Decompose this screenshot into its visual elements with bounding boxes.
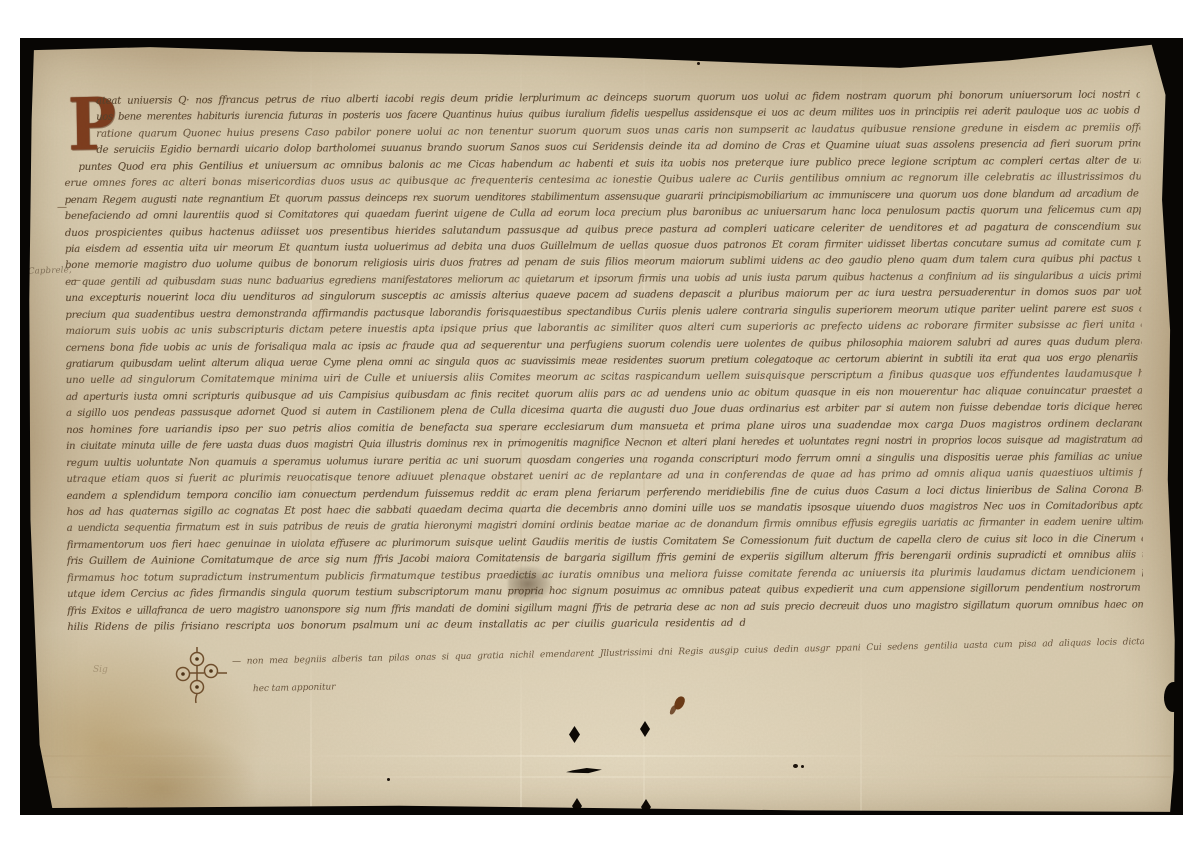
ink-speck (697, 62, 700, 65)
paragraph-dash: — (57, 202, 67, 213)
ink-blot (673, 695, 687, 711)
photo-mat: P ateat uniuersis Q· nos ffrancus petrus… (20, 38, 1183, 815)
ink-speck (643, 810, 647, 814)
seal-slit (572, 798, 582, 814)
seal-slit (640, 721, 650, 737)
ink-smudge (508, 566, 552, 602)
paragraph-dash: — (71, 275, 81, 286)
parchment-sheet: P ateat uniuersis Q· nos ffrancus petrus… (27, 44, 1177, 815)
fold-crease-horizontal (33, 776, 1171, 778)
edge-notch (1164, 682, 1182, 712)
ink-speck (387, 778, 390, 781)
fold-crease-horizontal (33, 755, 1171, 757)
charter-text-block: ateat uniuersis Q· nos ffrancus petrus d… (64, 87, 1143, 636)
notarial-sign-icon (172, 644, 230, 706)
attestation-line: hec tam apponitur (253, 682, 363, 694)
seal-slit (569, 726, 580, 743)
faint-sig-abbreviation: Sig (93, 665, 108, 675)
ink-speck (801, 765, 804, 768)
attestation-line: — non mea begniis alberis tan pilas onas… (232, 637, 1144, 667)
page: { "photo": { "description": "Photograph … (0, 0, 1200, 848)
ink-speck (793, 764, 798, 768)
margin-note: Capbrele, (28, 265, 72, 277)
